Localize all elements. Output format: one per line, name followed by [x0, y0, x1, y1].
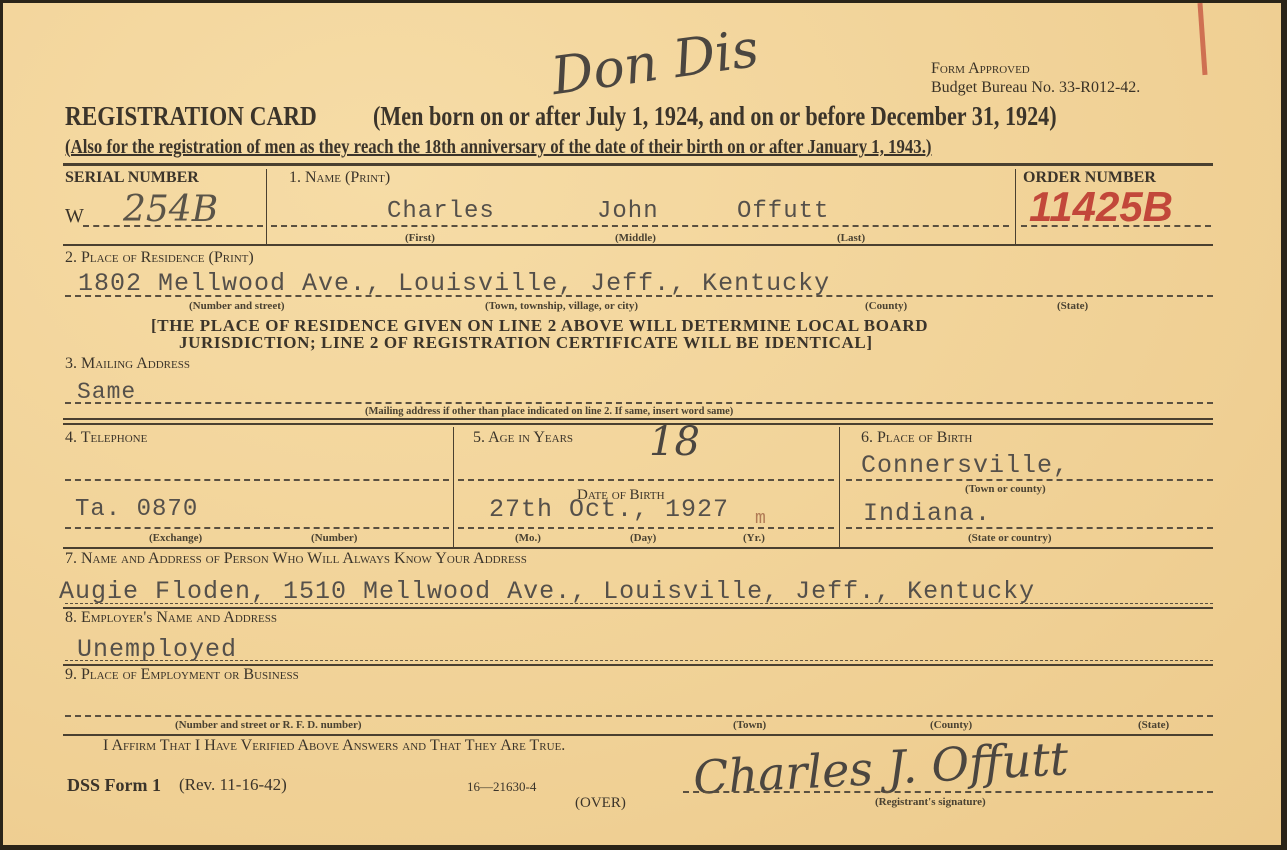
divider: [63, 547, 1213, 549]
middle-caption: (Middle): [615, 232, 656, 244]
employer-underline: [65, 660, 1213, 661]
last-caption: (Last): [837, 232, 865, 244]
divider: [63, 418, 1213, 420]
day-caption: (Day): [630, 532, 656, 544]
affirmation-text: I Affirm That I Have Verified Above Answ…: [103, 737, 565, 755]
place-of-birth-label: 6. Place of Birth: [861, 429, 972, 447]
birth-town-underline: [846, 479, 1213, 481]
age-value: 18: [649, 419, 700, 465]
form-name: DSS Form 1: [67, 775, 161, 796]
order-number-value: 11425B: [1029, 183, 1173, 231]
name-label: 1. Name (Print): [289, 169, 390, 187]
signature-underline: [683, 791, 1213, 793]
over-indicator: (OVER): [575, 795, 626, 812]
employment-place-label: 9. Place of Employment or Business: [65, 666, 299, 684]
middle-name-value: John: [597, 198, 659, 225]
street-caption: (Number and street): [189, 300, 285, 312]
first-caption: (First): [405, 232, 435, 244]
signature-caption: (Registrant's signature): [875, 796, 986, 808]
employer-label: 8. Employer's Name and Address: [65, 609, 277, 627]
month-caption: (Mo.): [515, 532, 541, 544]
contact-person-value: Augie Floden, 1510 Mellwood Ave., Louisv…: [59, 577, 1035, 606]
divider: [63, 244, 1213, 246]
state-caption: (State): [1057, 300, 1088, 312]
employment-place-underline: [65, 715, 1213, 717]
registrant-signature: Charles J. Offutt: [692, 731, 1070, 805]
order-underline: [1021, 225, 1211, 227]
first-name-value: Charles: [387, 198, 495, 225]
number-caption: (Number): [311, 532, 357, 544]
red-pencil-mark: [1197, 3, 1207, 75]
name-underline: [271, 225, 1009, 227]
divider: [63, 163, 1213, 166]
exchange-caption: (Exchange): [149, 532, 202, 544]
mailing-underline: [65, 402, 1213, 404]
card-title: REGISTRATION CARD: [65, 101, 317, 132]
residence-value: 1802 Mellwood Ave., Louisville, Jeff., K…: [78, 269, 830, 298]
serial-number-value: 254B: [123, 189, 218, 230]
date-of-birth-mark: m: [755, 509, 767, 529]
divider: [1015, 169, 1016, 244]
age-label: 5. Age in Years: [473, 429, 573, 447]
handwritten-note: Don Dis: [548, 19, 762, 107]
mailing-address-label: 3. Mailing Address: [65, 355, 190, 373]
street-rfd-caption: (Number and street or R. F. D. number): [175, 719, 362, 731]
birth-town-value: Connersville,: [861, 451, 1069, 480]
telephone-underline: [65, 527, 449, 529]
birth-state-underline: [846, 527, 1213, 529]
dob-underline: [458, 527, 834, 529]
serial-prefix: W: [65, 205, 84, 228]
serial-number-label: SERIAL NUMBER: [65, 169, 199, 187]
registration-card: Don Dis Form Approved Budget Bureau No. …: [3, 3, 1281, 845]
residence-label: 2. Place of Residence (Print): [65, 249, 254, 267]
year-caption: (Yr.): [743, 532, 765, 544]
form-approved: Form Approved: [931, 60, 1030, 78]
contact-person-label: 7. Name and Address of Person Who Will A…: [65, 550, 527, 568]
residence-underline: [65, 295, 1213, 297]
divider: [453, 427, 454, 547]
age-underline: [458, 479, 834, 481]
state-or-country-caption: (State or country): [968, 532, 1052, 544]
town-or-county-caption: (Town or county): [965, 483, 1046, 495]
telephone-value: Ta. 0870: [75, 496, 198, 523]
budget-bureau-number: Budget Bureau No. 33-R012-42.: [931, 79, 1140, 97]
telephone-label: 4. Telephone: [65, 429, 147, 447]
town-caption: (Town, township, village, or city): [485, 300, 638, 312]
date-of-birth-value: 27th Oct., 1927: [489, 495, 729, 524]
serial-underline: [83, 225, 263, 227]
contact-underline: [65, 603, 1213, 604]
residence-notice-line2: JURISDICTION; LINE 2 OF REGISTRATION CER…: [179, 333, 873, 353]
employment-town-caption: (Town): [733, 719, 766, 731]
form-revision: (Rev. 11-16-42): [179, 775, 287, 795]
divider: [266, 169, 267, 244]
birth-state-value: Indiana.: [863, 499, 991, 528]
divider: [63, 423, 1213, 425]
print-code: 16—21630-4: [467, 779, 536, 795]
card-title-eligibility: (Men born on or after July 1, 1924, and …: [373, 101, 1057, 132]
employment-county-caption: (County): [930, 719, 972, 731]
county-caption: (County): [865, 300, 907, 312]
card-subtitle: (Also for the registration of men as the…: [65, 136, 932, 159]
mailing-caption: (Mailing address if other than place ind…: [365, 406, 733, 417]
last-name-value: Offutt: [737, 198, 829, 225]
telephone-exchange-line: [65, 479, 449, 481]
divider: [839, 427, 840, 547]
employment-state-caption: (State): [1138, 719, 1169, 731]
